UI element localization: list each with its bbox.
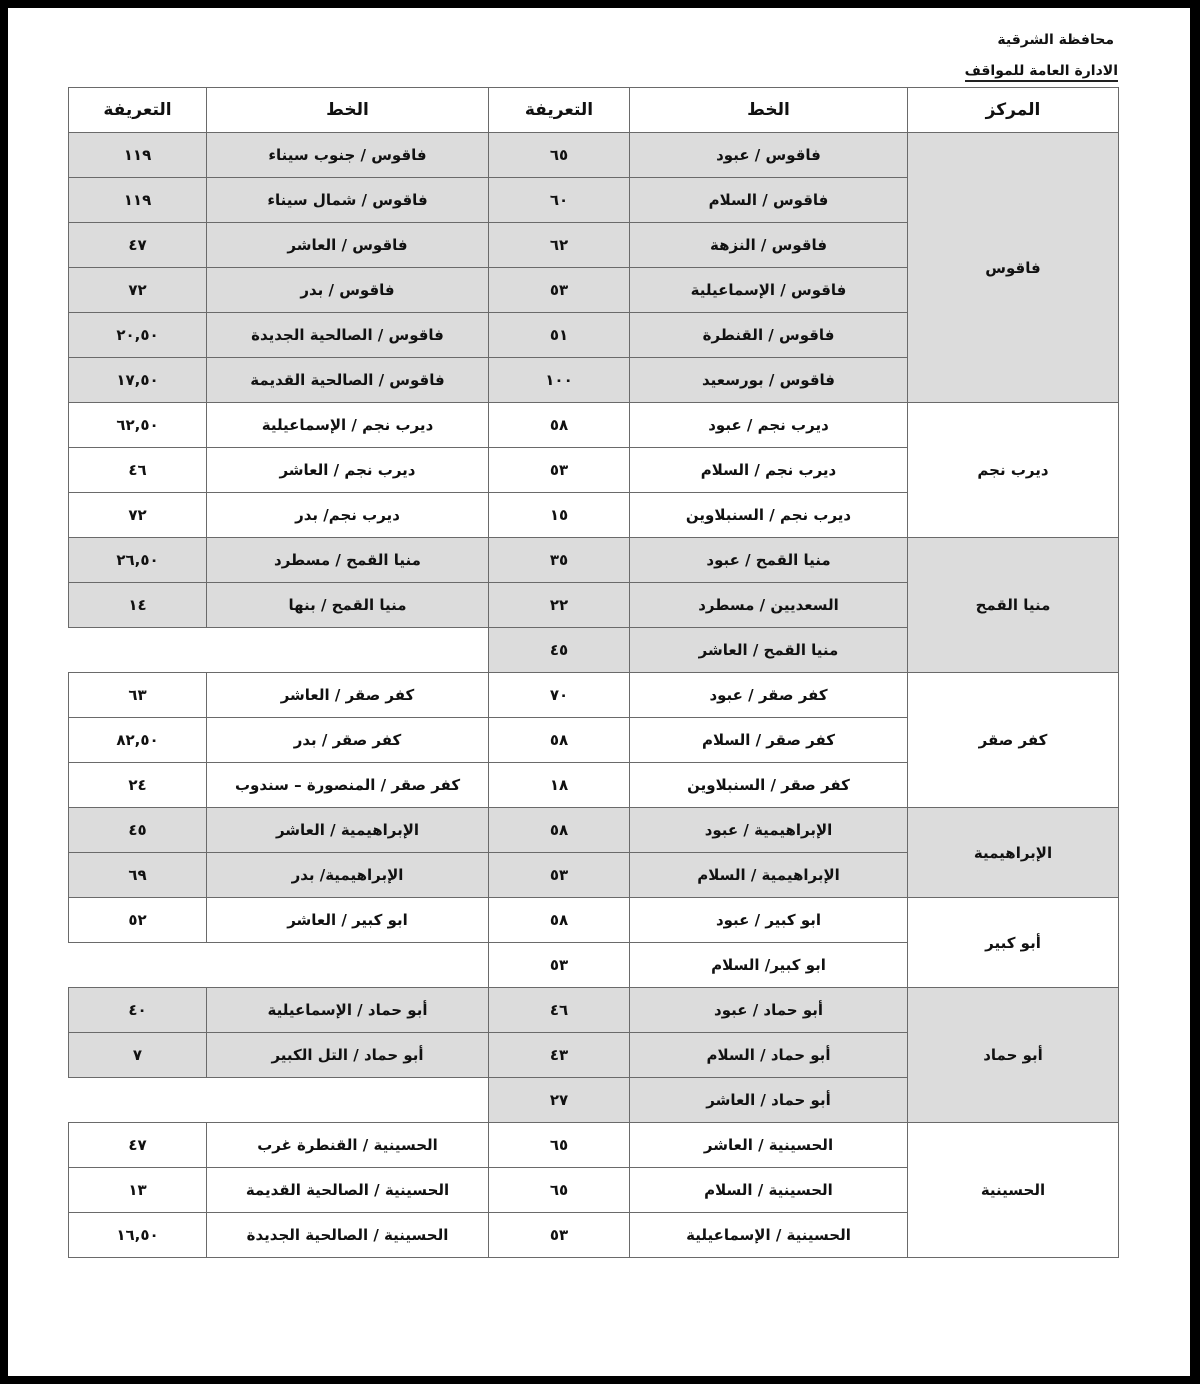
line-cell: فاقوس / السلام [630,178,908,223]
fare-cell: ٦٥ [489,1123,630,1168]
table-body: فاقوسفاقوس / عبود٦٥فاقوس / جنوب سيناء١١٩… [69,133,1119,1258]
line-cell: كفر صقر / عبود [630,673,908,718]
fare-cell: ٥٣ [489,853,630,898]
fare-cell: ٥٣ [489,268,630,313]
fare-cell: ٥٨ [489,808,630,853]
center-name-cell: الإبراهيمية [908,808,1119,898]
line-cell: الإبراهيمية / العاشر [207,808,489,853]
line-cell: ابو كبير / عبود [630,898,908,943]
line-cell: الإبراهيمية / السلام [630,853,908,898]
line-cell: فاقوس / الصالحية الجديدة [207,313,489,358]
line-cell: أبو حماد / السلام [630,1033,908,1078]
line-cell: ابو كبير / العاشر [207,898,489,943]
table-row: كفر صقركفر صقر / عبود٧٠كفر صقر / العاشر٦… [69,673,1119,718]
column-header-fare: التعريفة [69,88,207,133]
line-cell: ديرب نجم / السلام [630,448,908,493]
center-name-cell: منيا القمح [908,538,1119,673]
fare-cell: ٦٥ [489,1168,630,1213]
center-name-cell: فاقوس [908,133,1119,403]
line-cell: منيا القمح / بنها [207,583,489,628]
line-cell: فاقوس / العاشر [207,223,489,268]
fare-cell: ٤٦ [69,448,207,493]
line-cell: كفر صقر / المنصورة – سندوب [207,763,489,808]
line-cell: الحسينية / القنطرة غرب [207,1123,489,1168]
center-name-cell: الحسينية [908,1123,1119,1258]
table-row: فاقوسفاقوس / عبود٦٥فاقوس / جنوب سيناء١١٩ [69,133,1119,178]
fare-cell: ٢٧ [489,1078,630,1123]
table-row: أبو حمادأبو حماد / عبود٤٦أبو حماد / الإس… [69,988,1119,1033]
line-cell: ديرب نجم / عبود [630,403,908,448]
table-row: منيا القمحمنيا القمح / عبود٣٥منيا القمح … [69,538,1119,583]
line-cell: فاقوس / شمال سيناء [207,178,489,223]
fare-cell: ٤٧ [69,223,207,268]
line-cell: ديرب نجم / الإسماعيلية [207,403,489,448]
fare-cell: ٧٠ [489,673,630,718]
line-cell: السعديين / مسطرد [630,583,908,628]
line-cell: ديرب نجم / العاشر [207,448,489,493]
table-row: أبو كبيرابو كبير / عبود٥٨ابو كبير / العا… [69,898,1119,943]
fare-cell: ٢٢ [489,583,630,628]
column-header-line: الخط [207,88,489,133]
column-header-fare: التعريفة [489,88,630,133]
fare-cell: ١٧,٥٠ [69,358,207,403]
fare-cell: ٥٣ [489,1213,630,1258]
line-cell: فاقوس / جنوب سيناء [207,133,489,178]
line-cell: الحسينية / العاشر [630,1123,908,1168]
fare-cell: ٢٦,٥٠ [69,538,207,583]
line-cell: الحسينية / السلام [630,1168,908,1213]
empty-cell [69,1078,489,1123]
fare-cell: ٢٤ [69,763,207,808]
line-cell: كفر صقر / السنبلاوين [630,763,908,808]
empty-cell [69,943,489,988]
line-cell: الإبراهيمية / عبود [630,808,908,853]
fare-cell: ٦٢,٥٠ [69,403,207,448]
fare-cell: ٧٢ [69,493,207,538]
center-name-cell: كفر صقر [908,673,1119,808]
fare-cell: ٦٠ [489,178,630,223]
document-page: محافظة الشرقية الادارة العامة للمواقف ال… [8,8,1190,1376]
table-row: الإبراهيميةالإبراهيمية / عبود٥٨الإبراهيم… [69,808,1119,853]
fare-cell: ٣٥ [489,538,630,583]
fare-cell: ١٨ [489,763,630,808]
fare-cell: ٤٥ [69,808,207,853]
line-cell: فاقوس / القنطرة [630,313,908,358]
fare-cell: ٤٠ [69,988,207,1033]
fare-cell: ١٤ [69,583,207,628]
center-name-cell: أبو كبير [908,898,1119,988]
fare-cell: ٢٠,٥٠ [69,313,207,358]
fare-cell: ٥٢ [69,898,207,943]
line-cell: الحسينية / الإسماعيلية [630,1213,908,1258]
line-cell: منيا القمح / مسطرد [207,538,489,583]
line-cell: أبو حماد / العاشر [630,1078,908,1123]
table-row: ديرب نجمديرب نجم / عبود٥٨ديرب نجم / الإس… [69,403,1119,448]
line-cell: كفر صقر / العاشر [207,673,489,718]
line-cell: ابو كبير/ السلام [630,943,908,988]
table-row: الحسينيةالحسينية / العاشر٦٥الحسينية / ال… [69,1123,1119,1168]
fare-cell: ١٥ [489,493,630,538]
fare-cell: ٤٣ [489,1033,630,1078]
fare-cell: ١٠٠ [489,358,630,403]
empty-cell [69,628,489,673]
line-cell: فاقوس / الإسماعيلية [630,268,908,313]
fare-cell: ٤٦ [489,988,630,1033]
line-cell: أبو حماد / التل الكبير [207,1033,489,1078]
line-cell: أبو حماد / الإسماعيلية [207,988,489,1033]
line-cell: الحسينية / الصالحية الجديدة [207,1213,489,1258]
line-cell: فاقوس / بدر [207,268,489,313]
center-name-cell: أبو حماد [908,988,1119,1123]
fare-cell: ٦٣ [69,673,207,718]
line-cell: الحسينية / الصالحية القديمة [207,1168,489,1213]
fare-cell: ٧٢ [69,268,207,313]
department-title: الادارة العامة للمواقف [965,63,1118,82]
fare-cell: ١٦,٥٠ [69,1213,207,1258]
fare-cell: ٥٨ [489,403,630,448]
fare-cell: ٥٨ [489,718,630,763]
fare-table: المركز الخط التعريفة الخط التعريفة فاقوس… [68,87,1119,1258]
line-cell: الإبراهيمية/ بدر [207,853,489,898]
line-cell: كفر صقر / السلام [630,718,908,763]
fare-cell: ١١٩ [69,178,207,223]
line-cell: أبو حماد / عبود [630,988,908,1033]
table-header-row: المركز الخط التعريفة الخط التعريفة [69,88,1119,133]
fare-cell: ١٣ [69,1168,207,1213]
fare-cell: ٨٢,٥٠ [69,718,207,763]
fare-cell: ٦٩ [69,853,207,898]
column-header-center: المركز [908,88,1119,133]
line-cell: فاقوس / النزهة [630,223,908,268]
fare-cell: ٥٣ [489,448,630,493]
column-header-line: الخط [630,88,908,133]
line-cell: كفر صقر / بدر [207,718,489,763]
line-cell: ديرب نجم/ بدر [207,493,489,538]
line-cell: فاقوس / الصالحية القديمة [207,358,489,403]
fare-cell: ٤٧ [69,1123,207,1168]
fare-cell: ٥٣ [489,943,630,988]
fare-cell: ٦٢ [489,223,630,268]
fare-cell: ٧ [69,1033,207,1078]
fare-cell: ٥٨ [489,898,630,943]
line-cell: فاقوس / عبود [630,133,908,178]
fare-cell: ٤٥ [489,628,630,673]
center-name-cell: ديرب نجم [908,403,1119,538]
line-cell: فاقوس / بورسعيد [630,358,908,403]
line-cell: منيا القمح / عبود [630,538,908,583]
line-cell: منيا القمح / العاشر [630,628,908,673]
line-cell: ديرب نجم / السنبلاوين [630,493,908,538]
fare-cell: ٥١ [489,313,630,358]
governorate-title: محافظة الشرقية [997,32,1114,48]
fare-cell: ١١٩ [69,133,207,178]
fare-cell: ٦٥ [489,133,630,178]
